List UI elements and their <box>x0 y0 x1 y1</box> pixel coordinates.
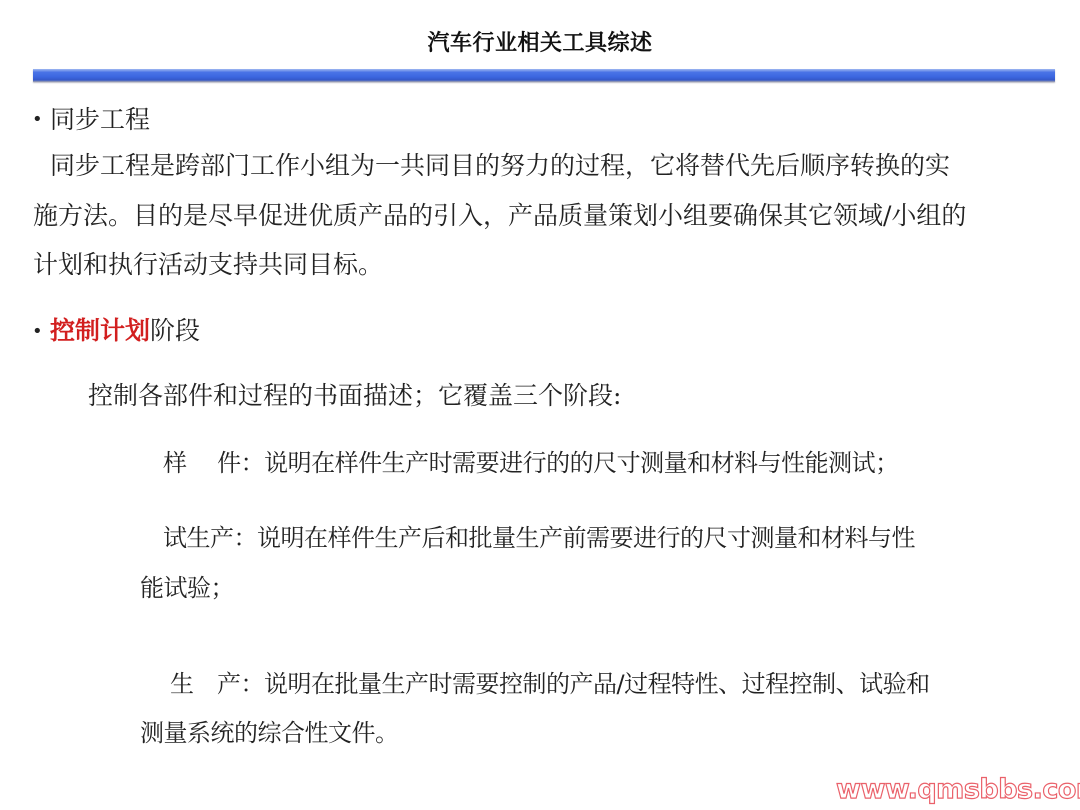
paragraph-line-3: 计划和执行活动支持共同目标。 <box>33 250 383 280</box>
watermark: www.qmsbbs.com <box>836 774 1080 805</box>
phase-label: 试生产 <box>163 524 234 552</box>
heading-rest: 阶段 <box>150 316 200 345</box>
phase-label: 样 件 <box>163 448 241 478</box>
slide: 汽车行业相关工具综述 • 同步工程 同步工程是跨部门工作小组为一共同目的努力的过… <box>0 0 1080 810</box>
phase-pre-launch-continued: 能试验； <box>140 573 234 603</box>
control-plan-description: 控制各部件和过程的书面描述；它覆盖三个阶段: <box>88 381 621 411</box>
phase-production-continued: 测量系统的综合性文件。 <box>140 718 399 748</box>
phase-text: ：说明在样件生产后和批量生产前需要进行的尺寸测量和材料与性 <box>234 524 916 552</box>
phase-pre-launch: 试生产：说明在样件生产后和批量生产前需要进行的尺寸测量和材料与性 <box>163 523 915 553</box>
heading-highlight: 控制计划 <box>50 316 150 345</box>
phase-text: ：说明在样件生产时需要进行的的尺寸测量和材料与性能测试； <box>241 449 899 477</box>
bullet-icon: • <box>32 105 43 135</box>
slide-title: 汽车行业相关工具综述 <box>0 26 1080 57</box>
paragraph-line-1: 同步工程是跨部门工作小组为一共同目的努力的过程，它将替代先后顺序转换的实 <box>50 151 950 181</box>
section-heading-synchronous-engineering: 同步工程 <box>50 105 150 135</box>
paragraph-line-2: 施方法。目的是尽早促进优质产品的引入，产品质量策划小组要确保其它领域/小组的 <box>33 201 966 231</box>
title-accent-bar <box>33 69 1055 82</box>
phase-text: ：说明在批量生产时需要控制的产品/过程特性、过程控制、试验和 <box>241 670 930 698</box>
phase-prototype: 样 件：说明在样件生产时需要进行的的尺寸测量和材料与性能测试； <box>163 448 899 478</box>
section-heading-control-plan: 控制计划阶段 <box>50 316 200 346</box>
bullet-icon: • <box>32 317 43 347</box>
phase-production: 生 产：说明在批量生产时需要控制的产品/过程特性、过程控制、试验和 <box>170 669 930 699</box>
phase-label: 生 产 <box>170 670 241 698</box>
